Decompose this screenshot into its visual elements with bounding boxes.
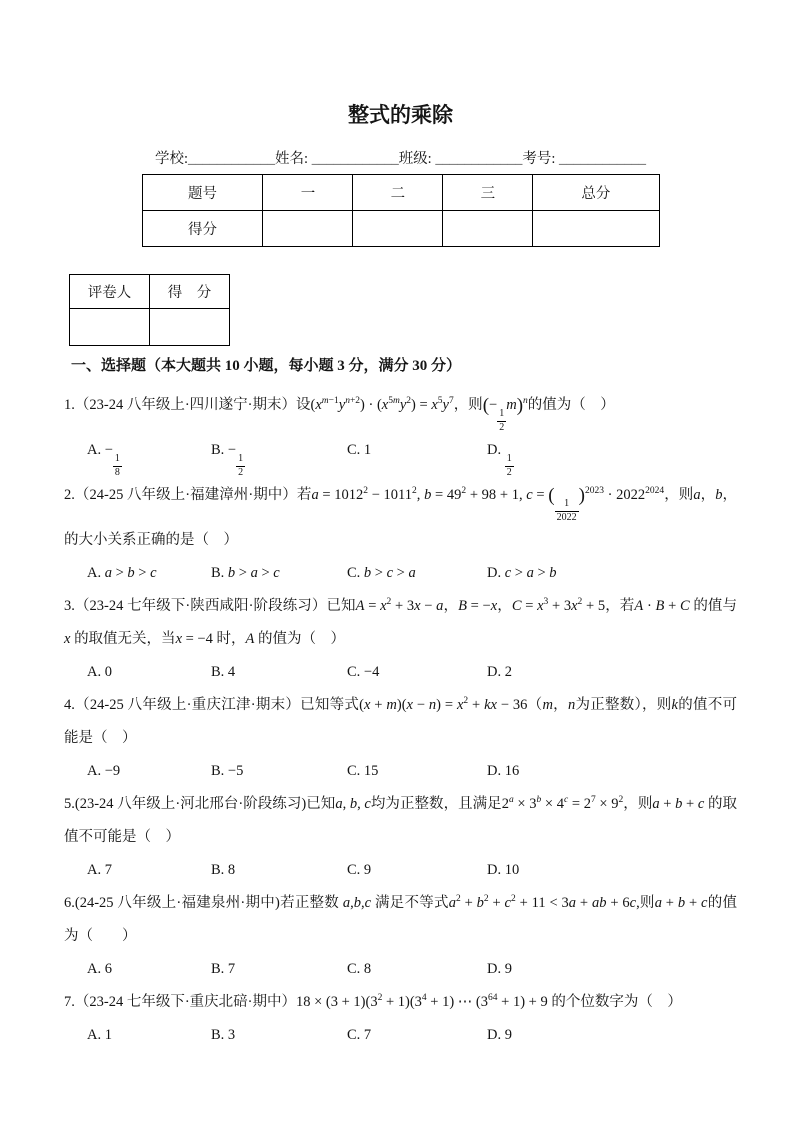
question-7: 7.（23-24 七年级下·重庆北碚·期中）18 × (3 + 1)(32 + … bbox=[64, 986, 737, 1052]
score-table-header-cell: 一 bbox=[263, 175, 353, 211]
page-title: 整式的乘除 bbox=[64, 100, 737, 130]
question-3-stem: 3.（23-24 七年级下·陕西咸阳·阶段练习）已知A = x2 + 3x − … bbox=[64, 590, 737, 656]
score-table-header-cell: 二 bbox=[353, 175, 443, 211]
question-1-option-c[interactable]: C. 1 bbox=[347, 434, 487, 479]
question-2: 2.（24-25 八年级上·福建漳州·期中）若a = 10122 − 10112… bbox=[64, 479, 737, 590]
question-2-stem: 2.（24-25 八年级上·福建漳州·期中）若a = 10122 − 10112… bbox=[64, 479, 737, 557]
student-info-line: 学校:____________姓名: ____________班级: _____… bbox=[64, 150, 737, 168]
question-6-stem: 6.(24-25 八年级上·福建泉州·期中)若正整数 a,b,c 满足不等式a2… bbox=[64, 887, 737, 953]
question-1-option-b[interactable]: B. −12 bbox=[211, 434, 347, 479]
question-5-stem: 5.(23-24 八年级上·河北邢台·阶段练习)已知a, b, c均为正整数，且… bbox=[64, 788, 737, 854]
question-5-option-d[interactable]: D. 10 bbox=[487, 854, 737, 887]
question-3-option-c[interactable]: C. −4 bbox=[347, 656, 487, 689]
class-label: 班级: bbox=[399, 151, 436, 167]
question-list: 1.（23-24 八年级上·四川遂宁·期末）设(xm−1yn+2) · (x5m… bbox=[64, 389, 737, 1052]
score-table-cell bbox=[353, 211, 443, 247]
question-4-options: A. −9 B. −5 C. 15 D. 16 bbox=[64, 755, 737, 788]
score-table-header-cell: 题号 bbox=[142, 175, 263, 211]
name-label: 姓名: bbox=[275, 151, 312, 167]
question-4-option-d[interactable]: D. 16 bbox=[487, 755, 737, 788]
question-3-option-d[interactable]: D. 2 bbox=[487, 656, 737, 689]
question-4: 4.（24-25 八年级上·重庆江津·期末）已知等式(x + m)(x − n)… bbox=[64, 689, 737, 788]
question-5: 5.(23-24 八年级上·河北邢台·阶段练习)已知a, b, c均为正整数，且… bbox=[64, 788, 737, 887]
exam-number-label: 考号: bbox=[522, 151, 559, 167]
question-5-options: A. 7 B. 8 C. 9 D. 10 bbox=[64, 854, 737, 887]
school-blank[interactable]: ____________ bbox=[188, 151, 275, 167]
question-2-options: A. a > b > c B. b > a > c C. b > c > a D… bbox=[64, 557, 737, 590]
question-1-option-d[interactable]: D. 12 bbox=[487, 434, 737, 479]
score-table-header-cell: 总分 bbox=[533, 175, 659, 211]
question-4-stem: 4.（24-25 八年级上·重庆江津·期末）已知等式(x + m)(x − n)… bbox=[64, 689, 737, 755]
score-table-cell bbox=[263, 211, 353, 247]
question-3: 3.（23-24 七年级下·陕西咸阳·阶段练习）已知A = x2 + 3x − … bbox=[64, 590, 737, 689]
question-1-stem: 1.（23-24 八年级上·四川遂宁·期末）设(xm−1yn+2) · (x5m… bbox=[64, 389, 737, 434]
score-table-cell bbox=[443, 211, 533, 247]
question-5-option-b[interactable]: B. 8 bbox=[211, 854, 347, 887]
grader-blank-cell bbox=[70, 309, 150, 346]
score-table-cell bbox=[533, 211, 659, 247]
exam-paper-page: 整式的乘除 学校:____________姓名: ____________班级:… bbox=[0, 0, 793, 1122]
question-7-stem: 7.（23-24 七年级下·重庆北碚·期中）18 × (3 + 1)(32 + … bbox=[64, 986, 737, 1019]
score-summary-table: 题号 一 二 三 总分 得分 bbox=[142, 174, 660, 247]
question-2-option-b[interactable]: B. b > a > c bbox=[211, 557, 347, 590]
question-3-option-a[interactable]: A. 0 bbox=[87, 656, 211, 689]
question-7-options: A. 1 B. 3 C. 7 D. 9 bbox=[64, 1019, 737, 1052]
question-5-option-c[interactable]: C. 9 bbox=[347, 854, 487, 887]
question-7-option-b[interactable]: B. 3 bbox=[211, 1019, 347, 1052]
question-1: 1.（23-24 八年级上·四川遂宁·期末）设(xm−1yn+2) · (x5m… bbox=[64, 389, 737, 479]
score-table-score-row: 得分 bbox=[142, 211, 659, 247]
question-6-option-a[interactable]: A. 6 bbox=[87, 953, 211, 986]
question-6-option-d[interactable]: D. 9 bbox=[487, 953, 737, 986]
question-6-option-b[interactable]: B. 7 bbox=[211, 953, 347, 986]
question-3-option-b[interactable]: B. 4 bbox=[211, 656, 347, 689]
question-1-options: A. −18 B. −12 C. 1 D. 12 bbox=[64, 434, 737, 479]
question-6-options: A. 6 B. 7 C. 8 D. 9 bbox=[64, 953, 737, 986]
question-6: 6.(24-25 八年级上·福建泉州·期中)若正整数 a,b,c 满足不等式a2… bbox=[64, 887, 737, 986]
question-1-option-a[interactable]: A. −18 bbox=[87, 434, 211, 479]
score-blank-cell bbox=[150, 309, 230, 346]
question-4-option-c[interactable]: C. 15 bbox=[347, 755, 487, 788]
score-row-label: 得分 bbox=[142, 211, 263, 247]
question-4-option-b[interactable]: B. −5 bbox=[211, 755, 347, 788]
grader-table-header-row: 评卷人 得 分 bbox=[70, 275, 230, 309]
grader-score-table: 评卷人 得 分 bbox=[69, 274, 230, 346]
question-6-option-c[interactable]: C. 8 bbox=[347, 953, 487, 986]
question-7-option-a[interactable]: A. 1 bbox=[87, 1019, 211, 1052]
question-3-options: A. 0 B. 4 C. −4 D. 2 bbox=[64, 656, 737, 689]
class-blank[interactable]: ____________ bbox=[435, 151, 522, 167]
name-blank[interactable]: ____________ bbox=[312, 151, 399, 167]
question-5-option-a[interactable]: A. 7 bbox=[87, 854, 211, 887]
question-2-option-c[interactable]: C. b > c > a bbox=[347, 557, 487, 590]
grader-label-cell: 评卷人 bbox=[70, 275, 150, 309]
grader-table-blank-row bbox=[70, 309, 230, 346]
question-2-option-a[interactable]: A. a > b > c bbox=[87, 557, 211, 590]
question-7-option-c[interactable]: C. 7 bbox=[347, 1019, 487, 1052]
question-4-option-a[interactable]: A. −9 bbox=[87, 755, 211, 788]
school-label: 学校: bbox=[155, 151, 188, 167]
question-7-option-d[interactable]: D. 9 bbox=[487, 1019, 737, 1052]
score-table-header-row: 题号 一 二 三 总分 bbox=[142, 175, 659, 211]
score-table-header-cell: 三 bbox=[443, 175, 533, 211]
question-2-option-d[interactable]: D. c > a > b bbox=[487, 557, 737, 590]
section-heading-choice-questions: 一、选择题（本大题共 10 小题，每小题 3 分，满分 30 分） bbox=[71, 356, 737, 376]
score-label-cell: 得 分 bbox=[150, 275, 230, 309]
exam-number-blank[interactable]: ____________ bbox=[559, 151, 646, 167]
